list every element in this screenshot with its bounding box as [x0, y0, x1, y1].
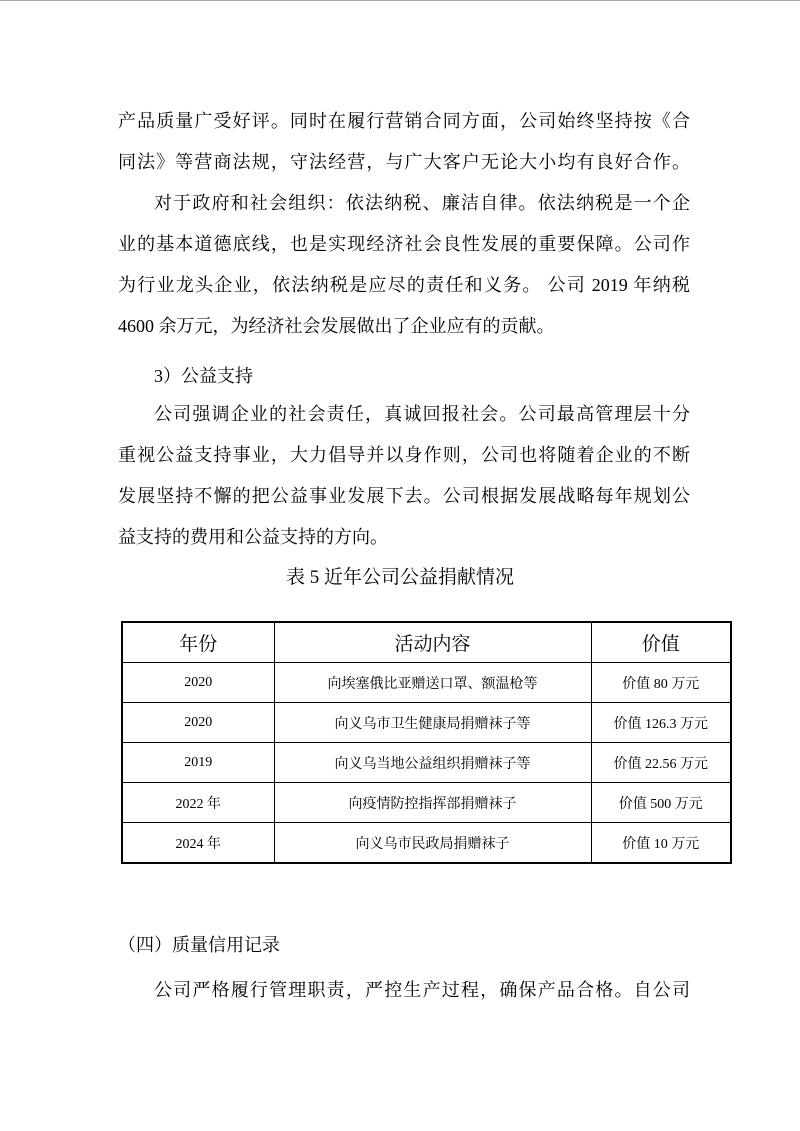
body-line: 对于政府和社会组织：依法纳税、廉洁自律。依法纳税是一个企 [118, 183, 690, 224]
page-top-edge-line [0, 0, 800, 1]
body-line: 为行业龙头企业，依法纳税是应尽的责任和义务。 公司 2019 年纳税 [118, 265, 690, 306]
cell-activity: 向疫情防控指挥部捐赠袜子 [274, 783, 591, 823]
body-line: 公司强调企业的社会责任，真诚回报社会。公司最高管理层十分 [118, 394, 690, 435]
cell-activity: 向义乌市民政局捐赠袜子 [274, 823, 591, 864]
body-line: 同法》等营商法规，守法经营，与广大客户无论大小均有良好合作。 [118, 142, 690, 183]
section-heading-block: （四）质量信用记录 [118, 925, 690, 966]
table-row: 2019 向义乌当地公益组织捐赠袜子等 价值 22.56 万元 [122, 743, 731, 783]
cell-activity: 向埃塞俄比亚赠送口罩、额温枪等 [274, 663, 591, 703]
cell-value: 价值 80 万元 [591, 663, 731, 703]
cell-value: 价值 22.56 万元 [591, 743, 731, 783]
body-line: 重视公益支持事业，大力倡导并以身作则，公司也将随着企业的不断 [118, 435, 690, 476]
column-header-value: 价值 [591, 622, 731, 663]
document-page: 产品质量广受好评。同时在履行营销合同方面，公司始终坚持按《合 同法》等营商法规，… [0, 0, 800, 1131]
paragraph-contract-compliance: 产品质量广受好评。同时在履行营销合同方面，公司始终坚持按《合 同法》等营商法规，… [118, 101, 690, 183]
cell-value: 价值 500 万元 [591, 783, 731, 823]
body-line: 公司严格履行管理职责，严控生产过程，确保产品合格。自公司 [118, 970, 690, 1011]
table-caption: 表 5 近年公司公益捐献情况 [0, 557, 800, 598]
cell-year: 2019 [122, 743, 274, 783]
column-header-year: 年份 [122, 622, 274, 663]
body-line: 产品质量广受好评。同时在履行营销合同方面，公司始终坚持按《合 [118, 101, 690, 142]
body-line: 4600 余万元，为经济社会发展做出了企业应有的贡献。 [118, 306, 690, 347]
cell-value: 价值 10 万元 [591, 823, 731, 864]
cell-year: 2022 年 [122, 783, 274, 823]
table-row: 2020 向义乌市卫生健康局捐赠袜子等 价值 126.3 万元 [122, 703, 731, 743]
body-line: 业的基本道德底线，也是实现经济社会良性发展的重要保障。公司作 [118, 224, 690, 265]
cell-year: 2024 年 [122, 823, 274, 864]
cell-activity: 向义乌市卫生健康局捐赠袜子等 [274, 703, 591, 743]
paragraph-quality-credit: 公司严格履行管理职责，严控生产过程，确保产品合格。自公司 [118, 970, 690, 1011]
table-header-row: 年份 活动内容 价值 [122, 622, 731, 663]
cell-activity: 向义乌当地公益组织捐赠袜子等 [274, 743, 591, 783]
table-row: 2024 年 向义乌市民政局捐赠袜子 价值 10 万元 [122, 823, 731, 864]
column-header-activity: 活动内容 [274, 622, 591, 663]
cell-year: 2020 [122, 703, 274, 743]
subheading-public-welfare: 3）公益支持 [118, 356, 690, 397]
body-line: 发展坚持不懈的把公益事业发展下去。公司根据发展战略每年规划公 [118, 476, 690, 517]
paragraph-public-welfare: 公司强调企业的社会责任，真诚回报社会。公司最高管理层十分 重视公益支持事业，大力… [118, 394, 690, 558]
section-heading-quality-credit: （四）质量信用记录 [118, 925, 690, 966]
subheading-block: 3）公益支持 [118, 356, 690, 397]
cell-year: 2020 [122, 663, 274, 703]
donation-table: 年份 活动内容 价值 2020 向埃塞俄比亚赠送口罩、额温枪等 价值 80 万元… [121, 621, 732, 864]
paragraph-tax-obligation: 对于政府和社会组织：依法纳税、廉洁自律。依法纳税是一个企 业的基本道德底线，也是… [118, 183, 690, 347]
table-row: 2022 年 向疫情防控指挥部捐赠袜子 价值 500 万元 [122, 783, 731, 823]
body-line: 益支持的费用和公益支持的方向。 [118, 517, 690, 558]
table-row: 2020 向埃塞俄比亚赠送口罩、额温枪等 价值 80 万元 [122, 663, 731, 703]
cell-value: 价值 126.3 万元 [591, 703, 731, 743]
